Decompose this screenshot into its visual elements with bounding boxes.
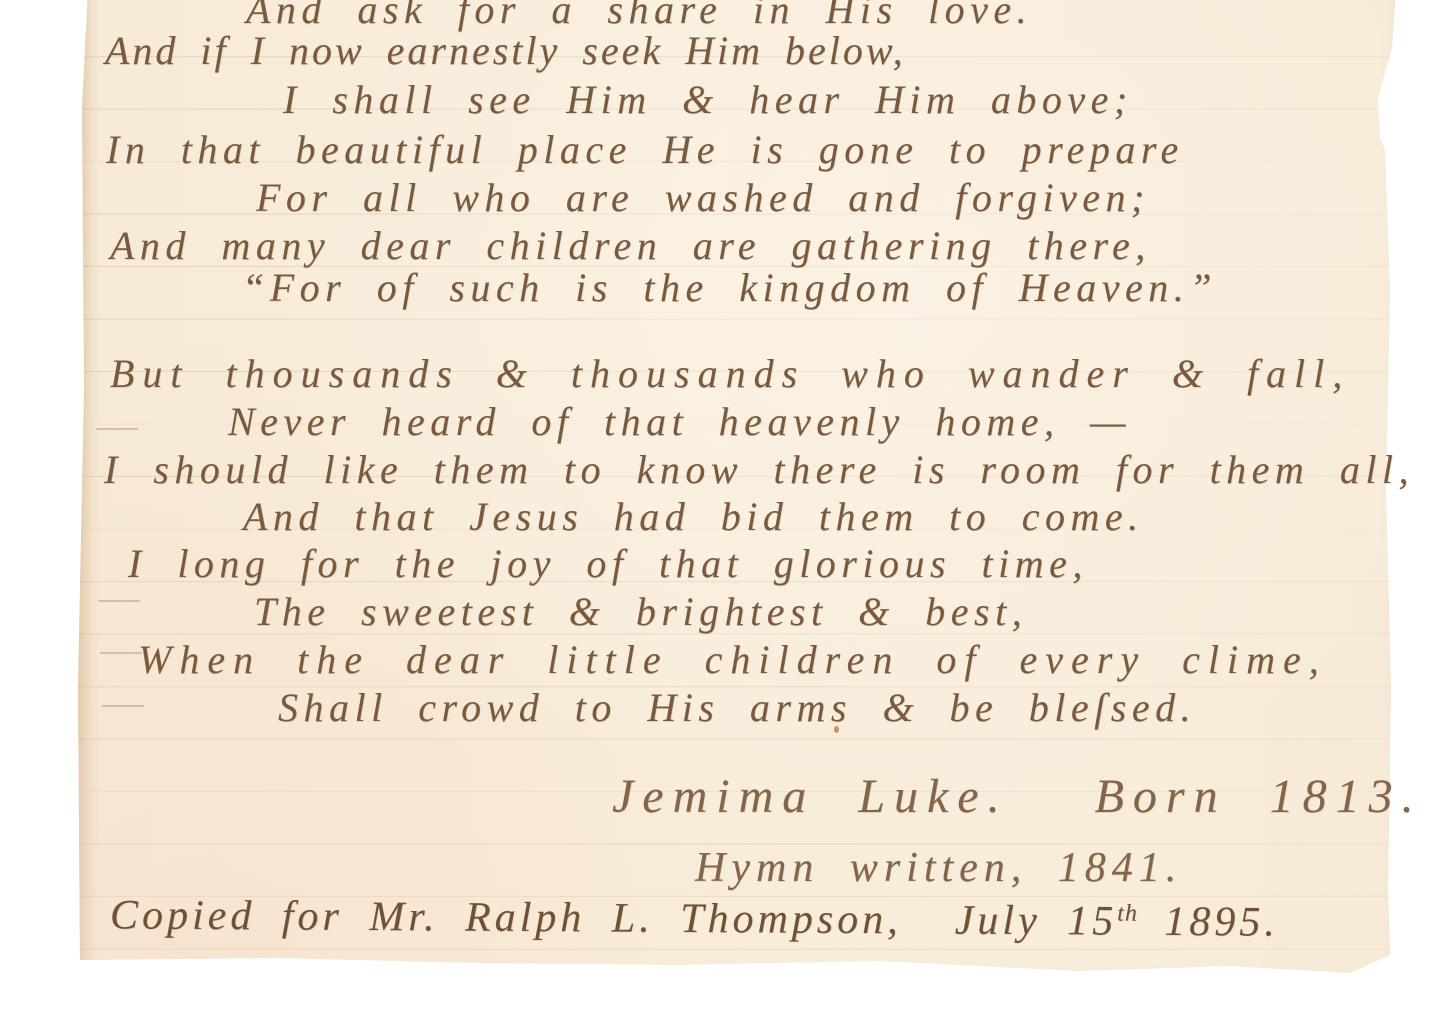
ink-speck xyxy=(834,726,839,733)
dedication-year: 1895. xyxy=(1138,899,1279,946)
poem-line-15: Shall crowd to His arms & be bleſsed. xyxy=(278,688,1196,728)
author-attribution: Jemima Luke. Born 1813. xyxy=(612,773,1423,821)
poem-line-11: And that Jesus had bid them to come. xyxy=(243,497,1144,537)
poem-line-3: I shall see Him & hear Him above; xyxy=(283,80,1133,120)
margin-rule-tick xyxy=(98,600,140,602)
dedication-ordinal-superscript: th xyxy=(1117,901,1138,927)
scan-background: And ask for a share in His love. And if … xyxy=(0,0,1445,1032)
poem-line-7: “For of such is the kingdom of Heaven.” xyxy=(242,268,1217,308)
poem-line-5: For all who are washed and forgiven; xyxy=(256,178,1150,218)
margin-rule-tick xyxy=(96,428,138,430)
poem-line-2: And if I now earnestly seek Him below, xyxy=(105,31,906,71)
poem-line-8: But thousands & thousands who wander & f… xyxy=(110,354,1350,394)
hymn-date-line: Hymn written, 1841. xyxy=(695,847,1182,889)
poem-line-1: And ask for a share in His love. xyxy=(246,0,1032,30)
poem-line-14: When the dear little children of every c… xyxy=(138,640,1327,680)
margin-rule-tick xyxy=(102,705,144,707)
poem-line-13: The sweetest & brightest & best, xyxy=(254,592,1027,632)
dedication-line: Copied for Mr. Ralph L. Thompson, July 1… xyxy=(110,894,1279,943)
poem-line-12: I long for the joy of that glorious time… xyxy=(128,544,1088,584)
poem-line-4: In that beautiful place He is gone to pr… xyxy=(106,130,1184,170)
poem-line-10: I should like them to know there is room… xyxy=(104,450,1414,490)
poem-line-6: And many dear children are gathering the… xyxy=(110,226,1151,266)
handwriting-layer: And ask for a share in His love. And if … xyxy=(0,0,1445,1032)
margin-rule-tick xyxy=(100,652,142,654)
poem-line-9: Never heard of that heavenly home, — xyxy=(228,402,1131,442)
dedication-text: Copied for Mr. Ralph L. Thompson, July 1… xyxy=(110,892,1117,944)
